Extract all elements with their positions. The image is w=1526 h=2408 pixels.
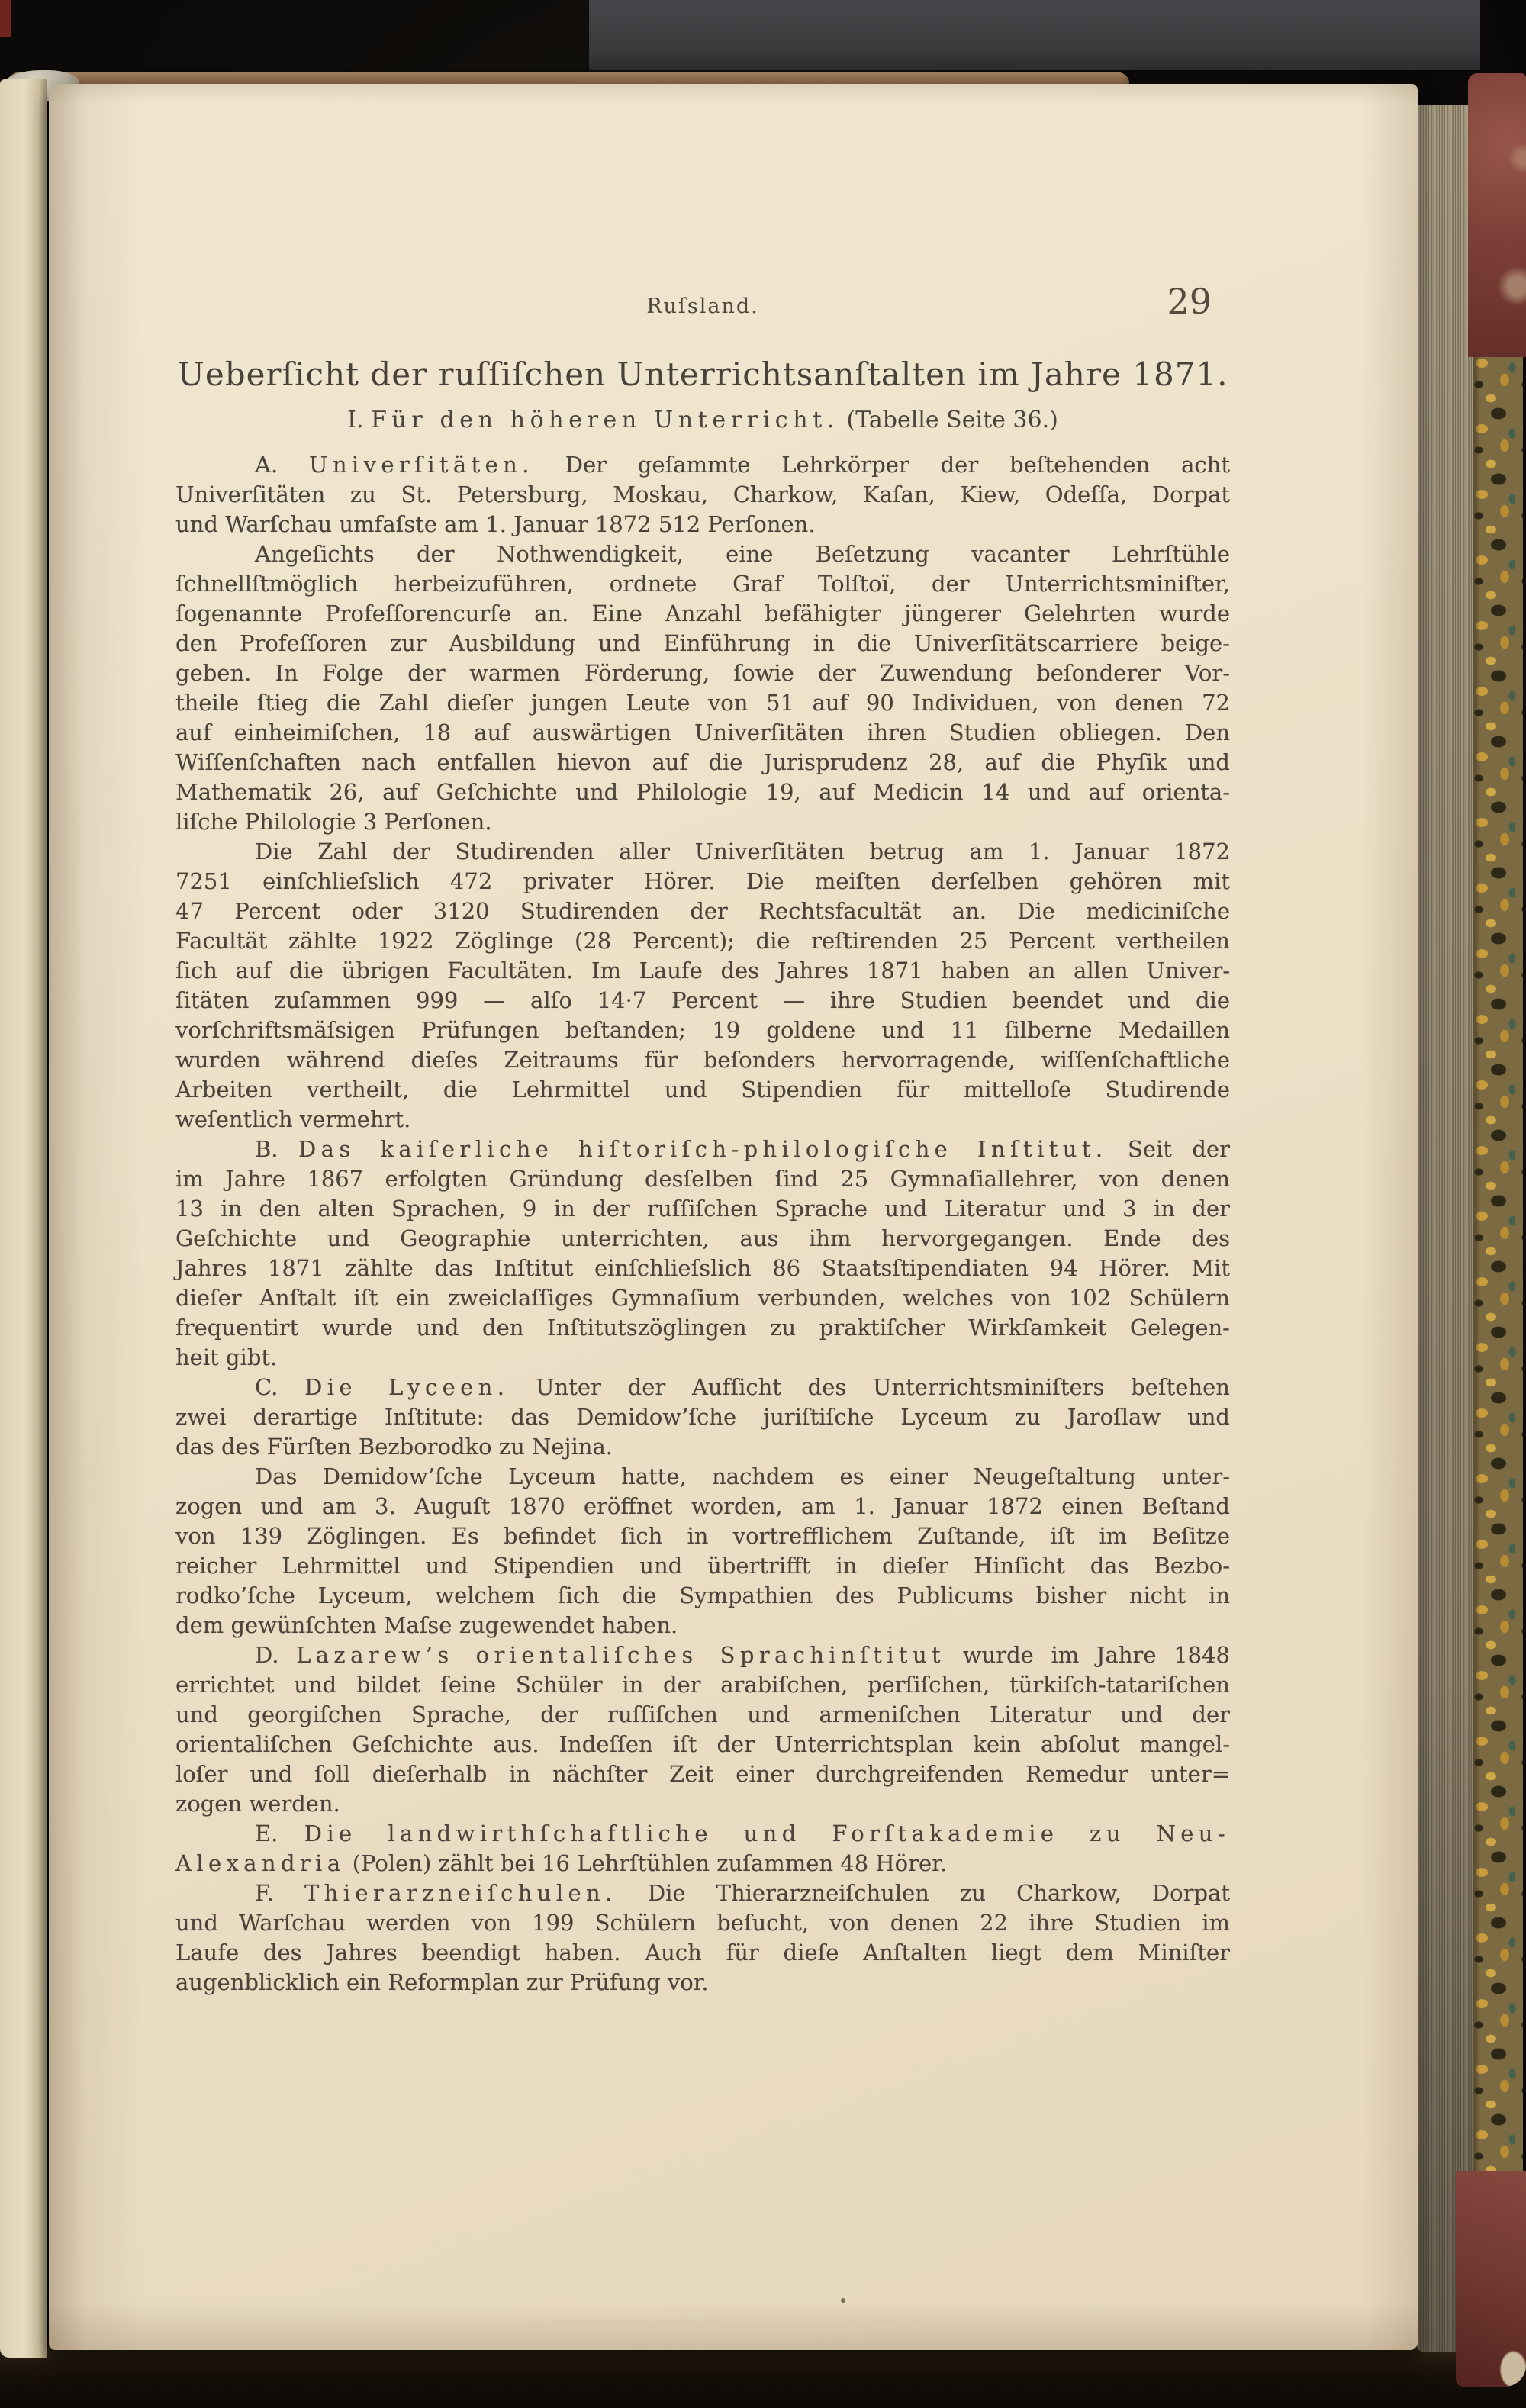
subheading: I. Für den höheren Unterricht. (Tabelle … [175,407,1230,433]
text-line: Univerſitäten zu St. Petersburg, Moskau,… [175,480,1230,510]
text-segment: Der geſammte Lehrkörper der beſtehenden … [534,452,1230,478]
text-line: augenblicklich ein Reformplan zur Prüfun… [175,1968,1230,1998]
marbled-cover-edge [1473,357,1523,2173]
running-head: Ruſsland. [175,295,1230,318]
text-line: Facultät zählte 1922 Zöglinge (28 Percen… [175,926,1230,956]
text-line: vorſchriftsmäſsigen Prüfungen beſtanden;… [175,1016,1230,1045]
letterspaced-heading-text: Die Lyceen. [304,1374,509,1400]
text-line: und Warſchau umfaſste am 1. Januar 1872 … [175,510,1230,539]
text-line: errichtet und bildet ſeine Schüler in de… [175,1670,1230,1700]
text-line: orientaliſchen Geſchichte aus. Indeſſen … [175,1730,1230,1759]
text-segment: D. [255,1642,296,1668]
bottom-cover-shadow [0,2347,1526,2408]
scanner-background [589,0,1480,70]
text-line: auf einheimiſchen, 18 auf auswärtigen Un… [175,718,1230,748]
text-line: E. Die landwirthſchaftliche und Forſtaka… [175,1819,1230,1849]
text-line: ſich auf die übrigen Facultäten. Im Lauf… [175,956,1230,986]
text-line: ſchnellſtmöglich herbeizuführen, ordnete… [175,569,1230,599]
text-line: Das Demidow’ſche Lyceum hatte, nachdem e… [175,1462,1230,1492]
text-line: Mathematik 26, auf Geſchichte und Philol… [175,777,1230,807]
text-line: von 139 Zöglingen. Es befindet ſich in v… [175,1521,1230,1551]
letterspaced-heading-text: Alexandria [175,1850,346,1876]
letterspaced-heading-text: Lazarew’s orientaliſches Sprachinſtitut [296,1642,945,1668]
text-line: ſogenannte Profeſſorencurſe an. Eine Anz… [175,599,1230,629]
text-line: zogen und am 3. Auguſt 1870 eröffnet wor… [175,1492,1230,1521]
paragraph: E. Die landwirthſchaftliche und Forſtaka… [175,1819,1230,1878]
page-content: Ruſsland. 29 Ueberſicht der ruſſiſchen U… [175,295,1230,1998]
text-segment: A. [255,452,309,478]
text-line: theile ſtieg die Zahl dieſer jungen Leut… [175,688,1230,718]
text-segment: Unter der Aufſicht des Unterrichtsminiſt… [509,1374,1230,1400]
paragraph: D. Lazarew’s orientaliſches Sprachinſtit… [175,1640,1230,1819]
letterspaced-heading-text: Die landwirthſchaftliche und Forſtakadem… [304,1820,1230,1846]
text-line: rodko’ſche Lyceum, welchem ſich die Symp… [175,1581,1230,1611]
text-line: Wiſſenſchaften nach entfallen hievon auf… [175,748,1230,777]
text-line: 47 Percent oder 3120 Studirenden der Rec… [175,897,1230,926]
letterspaced-heading-text: Thierarzneiſchulen. [304,1880,617,1906]
text-line: 13 in den alten Sprachen, 9 in der ruſſi… [175,1194,1230,1224]
letterspaced-heading-text: Univerſitäten. [309,452,534,478]
page-title: Ueberſicht der ruſſiſchen Unterrichtsanſ… [175,356,1230,393]
page-stack-fore-edge [1416,105,1473,2352]
text-line: geben. In Folge der warmen Förderung, ſo… [175,658,1230,688]
text-line: C. Die Lyceen. Unter der Aufſicht des Un… [175,1373,1230,1402]
text-line: und georgiſchen Sprache, der ruſſiſchen … [175,1700,1230,1730]
leather-cover-top-corner [1468,73,1526,357]
facing-page-edge [0,79,47,2358]
text-line: und Warſchau werden von 199 Schülern beſ… [175,1908,1230,1938]
text-segment: Seit der [1107,1136,1230,1162]
text-line: Arbeiten vertheilt, die Lehrmittel und S… [175,1075,1230,1105]
text-line: dem gewünſchten Maſse zugewendet haben. [175,1611,1230,1640]
text-segment: (Polen) zählt bei 16 Lehrſtühlen zuſamme… [346,1850,948,1876]
letterspaced-heading-text: Für den höheren Unterricht. [371,407,839,433]
text-segment: I. [347,407,371,433]
paper-speck [841,2298,845,2303]
text-segment: B. [255,1136,298,1162]
text-segment: (Tabelle Seite 36.) [839,407,1058,433]
text-line: ſitäten zuſammen 999 — alſo 14·7 Percent… [175,986,1230,1016]
text-line: D. Lazarew’s orientaliſches Sprachinſtit… [175,1640,1230,1670]
paragraph: F. Thierarzneiſchulen. Die Thierarzneiſc… [175,1878,1230,1998]
leather-cover-bottom-corner [1456,2171,1526,2387]
text-line: Jahres 1871 zählte das Inſtitut einſchli… [175,1254,1230,1283]
text-segment: Die Thierarzneiſchulen zu Charkow, Dorpa… [617,1880,1230,1906]
page-number: 29 [1167,281,1212,322]
text-line: Geſchichte und Geographie unterrichten, … [175,1224,1230,1254]
text-line: B. Das kaiſerliche hiſtoriſch-philologiſ… [175,1135,1230,1164]
text-line: das des Fürſten Bezborodko zu Nejina. [175,1432,1230,1462]
page-body: A. Univerſitäten. Der geſammte Lehrkörpe… [175,450,1230,1998]
text-segment: wurde im Jahre 1848 [945,1642,1230,1668]
paragraph: A. Univerſitäten. Der geſammte Lehrkörpe… [175,450,1230,539]
text-line: A. Univerſitäten. Der geſammte Lehrkörpe… [175,450,1230,480]
text-line: 7251 einſchlieſslich 472 privater Hörer.… [175,867,1230,897]
text-line: loſer und ſoll dieſerhalb in nächſter Ze… [175,1759,1230,1789]
letterspaced-heading-text: Das kaiſerliche hiſtoriſch-philologiſche… [298,1136,1107,1162]
book-page: Ruſsland. 29 Ueberſicht der ruſſiſchen U… [49,84,1418,2350]
page-header: Ruſsland. 29 [175,295,1230,333]
text-line: frequentirt wurde und den Inſtitutszögli… [175,1313,1230,1343]
text-segment: F. [255,1880,304,1906]
paragraph: Das Demidow’ſche Lyceum hatte, nachdem e… [175,1462,1230,1640]
text-line: zwei derartige Inſtitute: das Demidow’ſc… [175,1402,1230,1432]
text-segment: E. [255,1820,304,1846]
text-line: heit gibt. [175,1343,1230,1373]
text-line: reicher Lehrmittel und Stipendien und üb… [175,1551,1230,1581]
paragraph: Angeſichts der Nothwendigkeit, eine Beſe… [175,539,1230,837]
text-line: weſentlich vermehrt. [175,1105,1230,1135]
book-photo-scene: Ruſsland. 29 Ueberſicht der ruſſiſchen U… [0,0,1526,2408]
text-line: Die Zahl der Studirenden aller Univerſit… [175,837,1230,867]
paragraph: B. Das kaiſerliche hiſtoriſch-philologiſ… [175,1135,1230,1373]
text-line: Alexandria (Polen) zählt bei 16 Lehrſtüh… [175,1849,1230,1878]
text-line: den Profeſſoren zur Ausbildung und Einfü… [175,629,1230,658]
text-line: Laufe des Jahres beendigt haben. Auch fü… [175,1938,1230,1968]
text-segment: C. [255,1374,304,1400]
paragraph: C. Die Lyceen. Unter der Aufſicht des Un… [175,1373,1230,1462]
text-line: F. Thierarzneiſchulen. Die Thierarzneiſc… [175,1878,1230,1908]
text-line: zogen werden. [175,1789,1230,1819]
text-line: wurden während dieſes Zeitraums für beſo… [175,1045,1230,1075]
paragraph: Die Zahl der Studirenden aller Univerſit… [175,837,1230,1135]
cover-corner-sliver [0,0,11,37]
text-line: im Jahre 1867 erfolgten Gründung desſelb… [175,1164,1230,1194]
text-line: dieſer Anſtalt iſt ein zweiclaſſiges Gym… [175,1283,1230,1313]
text-line: Angeſichts der Nothwendigkeit, eine Beſe… [175,539,1230,569]
text-line: liſche Philologie 3 Perſonen. [175,807,1230,837]
